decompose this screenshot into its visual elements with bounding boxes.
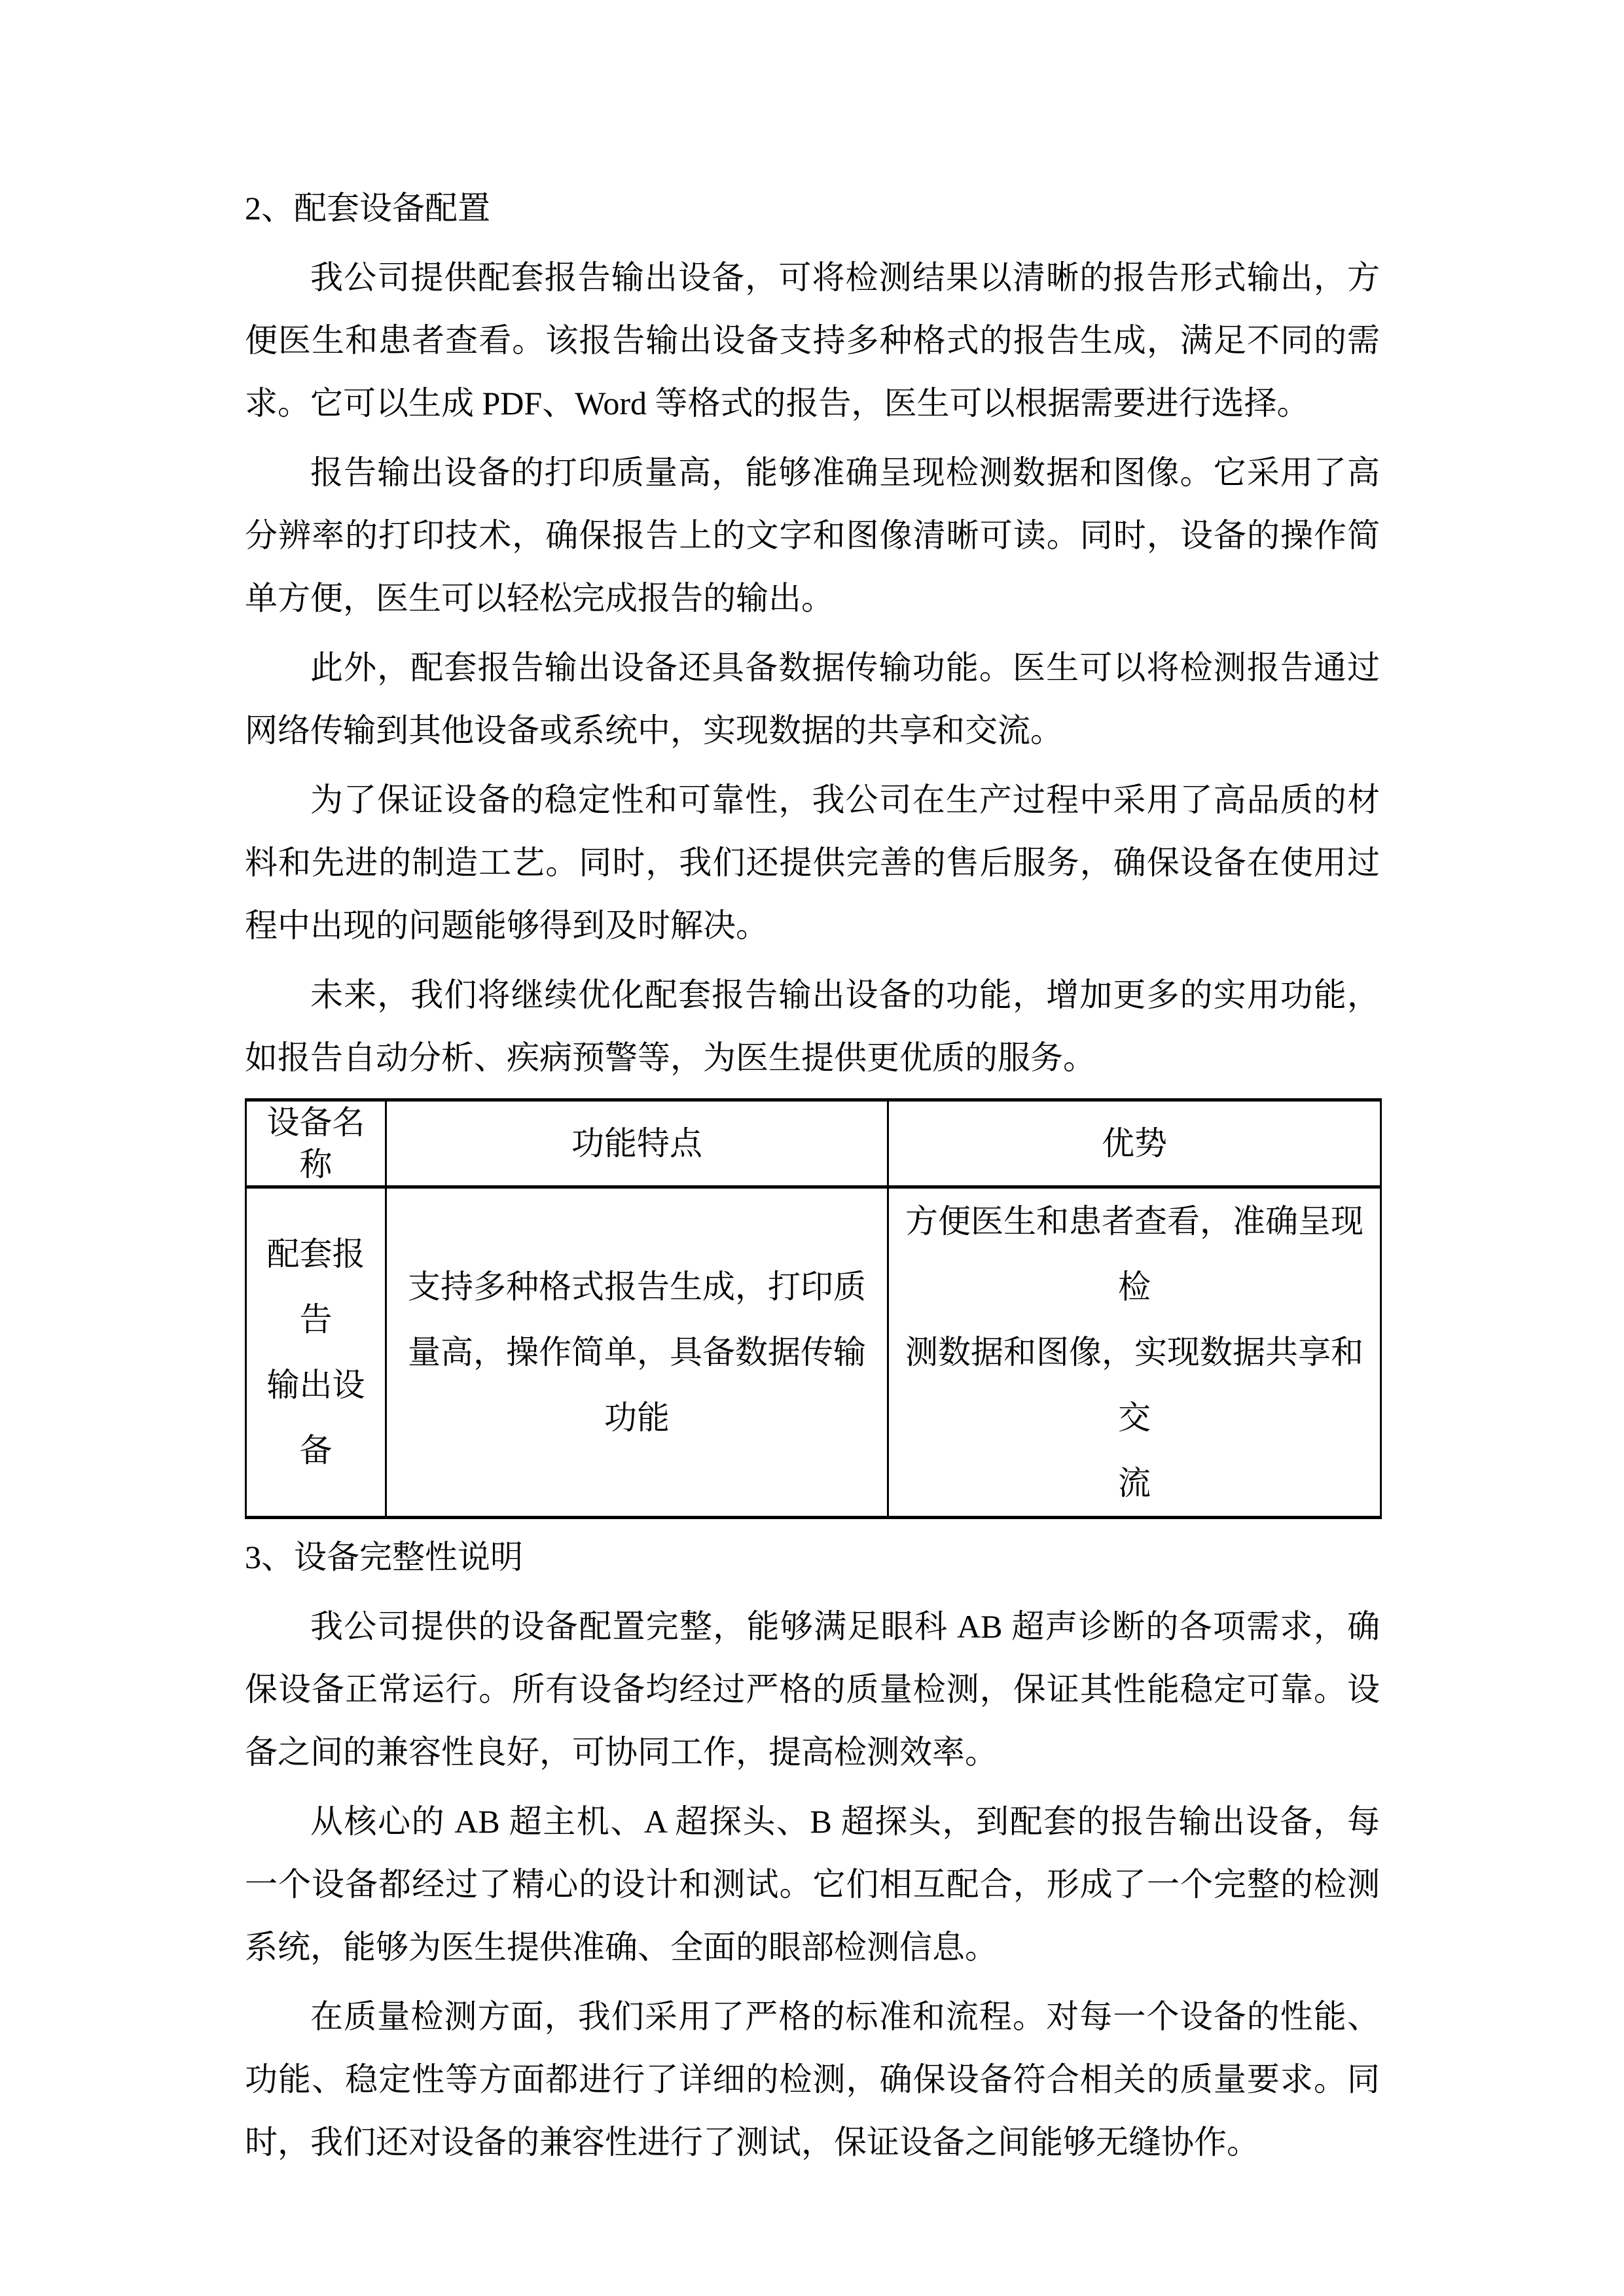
section-3-heading: 3、设备完整性说明 xyxy=(245,1526,1380,1588)
paragraph-print-quality: 报告输出设备的打印质量高，能够准确呈现检测数据和图像。它采用了高分辨率的打印技术… xyxy=(245,441,1380,630)
equipment-table: 设备名称 功能特点 优势 配套报告 输出设备 支持多种格式报告生成，打印质 量高… xyxy=(245,1098,1382,1519)
table-cell-features: 支持多种格式报告生成，打印质 量高，操作简单，具备数据传输 功能 xyxy=(386,1187,888,1518)
table-header-device-name: 设备名称 xyxy=(246,1100,386,1187)
page-content: 2、配套设备配置 我公司提供配套报告输出设备，可将检测结果以清晰的报告形式输出，… xyxy=(245,177,1380,2174)
table-header-features: 功能特点 xyxy=(386,1100,888,1187)
paragraph-system-integration: 从核心的 AB 超主机、A 超探头、B 超探头，到配套的报告输出设备，每一个设备… xyxy=(245,1790,1380,1979)
table-cell-device-name: 配套报告 输出设备 xyxy=(246,1187,386,1518)
table-row: 配套报告 输出设备 支持多种格式报告生成，打印质 量高，操作简单，具备数据传输 … xyxy=(246,1187,1381,1518)
document-page: 2、配套设备配置 我公司提供配套报告输出设备，可将检测结果以清晰的报告形式输出，… xyxy=(0,0,1624,2296)
table-cell-advantages: 方便医生和患者查看，准确呈现检 测数据和图像，实现数据共享和交 流 xyxy=(888,1187,1381,1518)
paragraph-future-plans: 未来，我们将继续优化配套报告输出设备的功能，增加更多的实用功能，如报告自动分析、… xyxy=(245,963,1380,1089)
section-2-heading: 2、配套设备配置 xyxy=(245,177,1380,240)
paragraph-reliability: 为了保证设备的稳定性和可靠性，我公司在生产过程中采用了高品质的材料和先进的制造工… xyxy=(245,768,1380,957)
table-header-advantages: 优势 xyxy=(888,1100,1381,1187)
table-header-row: 设备名称 功能特点 优势 xyxy=(246,1100,1381,1187)
paragraph-quality-control: 在质量检测方面，我们采用了严格的标准和流程。对每一个设备的性能、功能、稳定性等方… xyxy=(245,1985,1380,2174)
paragraph-report-device-intro: 我公司提供配套报告输出设备，可将检测结果以清晰的报告形式输出，方便医生和患者查看… xyxy=(245,246,1380,435)
paragraph-data-transfer: 此外，配套报告输出设备还具备数据传输功能。医生可以将检测报告通过网络传输到其他设… xyxy=(245,636,1380,762)
paragraph-completeness: 我公司提供的设备配置完整，能够满足眼科 AB 超声诊断的各项需求，确保设备正常运… xyxy=(245,1595,1380,1784)
